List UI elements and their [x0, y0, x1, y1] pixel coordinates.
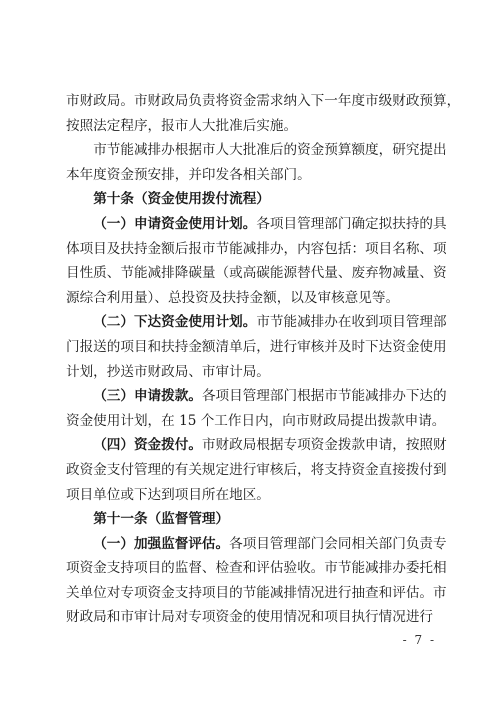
text-line: 项目单位或下达到项目所在地区。 [66, 483, 432, 508]
article-10-heading: 第十条（资金使用拨付流程） [66, 187, 432, 212]
document-page: 市财政局。市财政局负责将资金需求纳入下一年度市级财政预算， 按照法定程序，报市人… [0, 0, 496, 702]
text-line: 门报送的项目和扶持金额清单后，进行审核并及时下达资金使用 [66, 335, 432, 360]
text-line: 关单位对专项资金支持项目的节能减排情况进行抽查和评估。市 [66, 581, 432, 606]
item-title: （二）下达资金使用计划。 [93, 314, 256, 330]
article-11-heading: 第十一条（监督管理） [66, 507, 432, 532]
document-body: 市财政局。市财政局负责将资金需求纳入下一年度市级财政预算， 按照法定程序，报市人… [66, 89, 432, 630]
text-line: 计划，抄送市财政局、市审计局。 [66, 360, 432, 385]
text-line: 资金使用计划，在 15 个工作日内，向市财政局提出拨款申请。 [66, 409, 432, 434]
item-title: （一）申请资金使用计划。 [93, 216, 256, 232]
text-line: 市节能减排办根据市人大批准后的资金预算额度，研究提出 [66, 138, 432, 163]
paragraph-first-line: （三）申请拨款。各项目管理部门根据市节能减排办下达的 [66, 384, 432, 409]
text-line: 源综合利用量）、总投资及扶持金额，以及审核意见等。 [66, 286, 432, 311]
item-title: （四）资金拨付。 [93, 437, 202, 453]
text-line: 体项目及扶持金额后报市节能减排办，内容包括：项目名称、项 [66, 237, 432, 262]
page-number: - 7 - [396, 633, 436, 647]
paragraph-first-line: （二）下达资金使用计划。市节能减排办在收到项目管理部 [66, 310, 432, 335]
item-title: （三）申请拨款。 [93, 388, 202, 404]
text-line: 目性质、节能减排降碳量（或高碳能源替代量、废弃物减量、资 [66, 261, 432, 286]
text-line: 按照法定程序，报市人大批准后实施。 [66, 114, 432, 139]
text-line: 项资金支持项目的监督、检查和评估验收。市节能减排办委托相 [66, 556, 432, 581]
paragraph-first-line: （一）加强监督评估。各项目管理部门会同相关部门负责专 [66, 532, 432, 557]
text-line: 政资金支付管理的有关规定进行审核后，将支持资金直接拨付到 [66, 458, 432, 483]
paragraph-first-line: （一）申请资金使用计划。各项目管理部门确定拟扶持的具 [66, 212, 432, 237]
text-line: 本年度资金预安排，并印发各相关部门。 [66, 163, 432, 188]
text-line: 财政局和市审计局对专项资金的使用情况和项目执行情况进行 [66, 605, 432, 630]
item-title: （一）加强监督评估。 [93, 536, 229, 552]
text-line: 市财政局。市财政局负责将资金需求纳入下一年度市级财政预算， [66, 89, 432, 114]
paragraph-first-line: （四）资金拨付。市财政局根据专项资金拨款申请，按照财 [66, 433, 432, 458]
